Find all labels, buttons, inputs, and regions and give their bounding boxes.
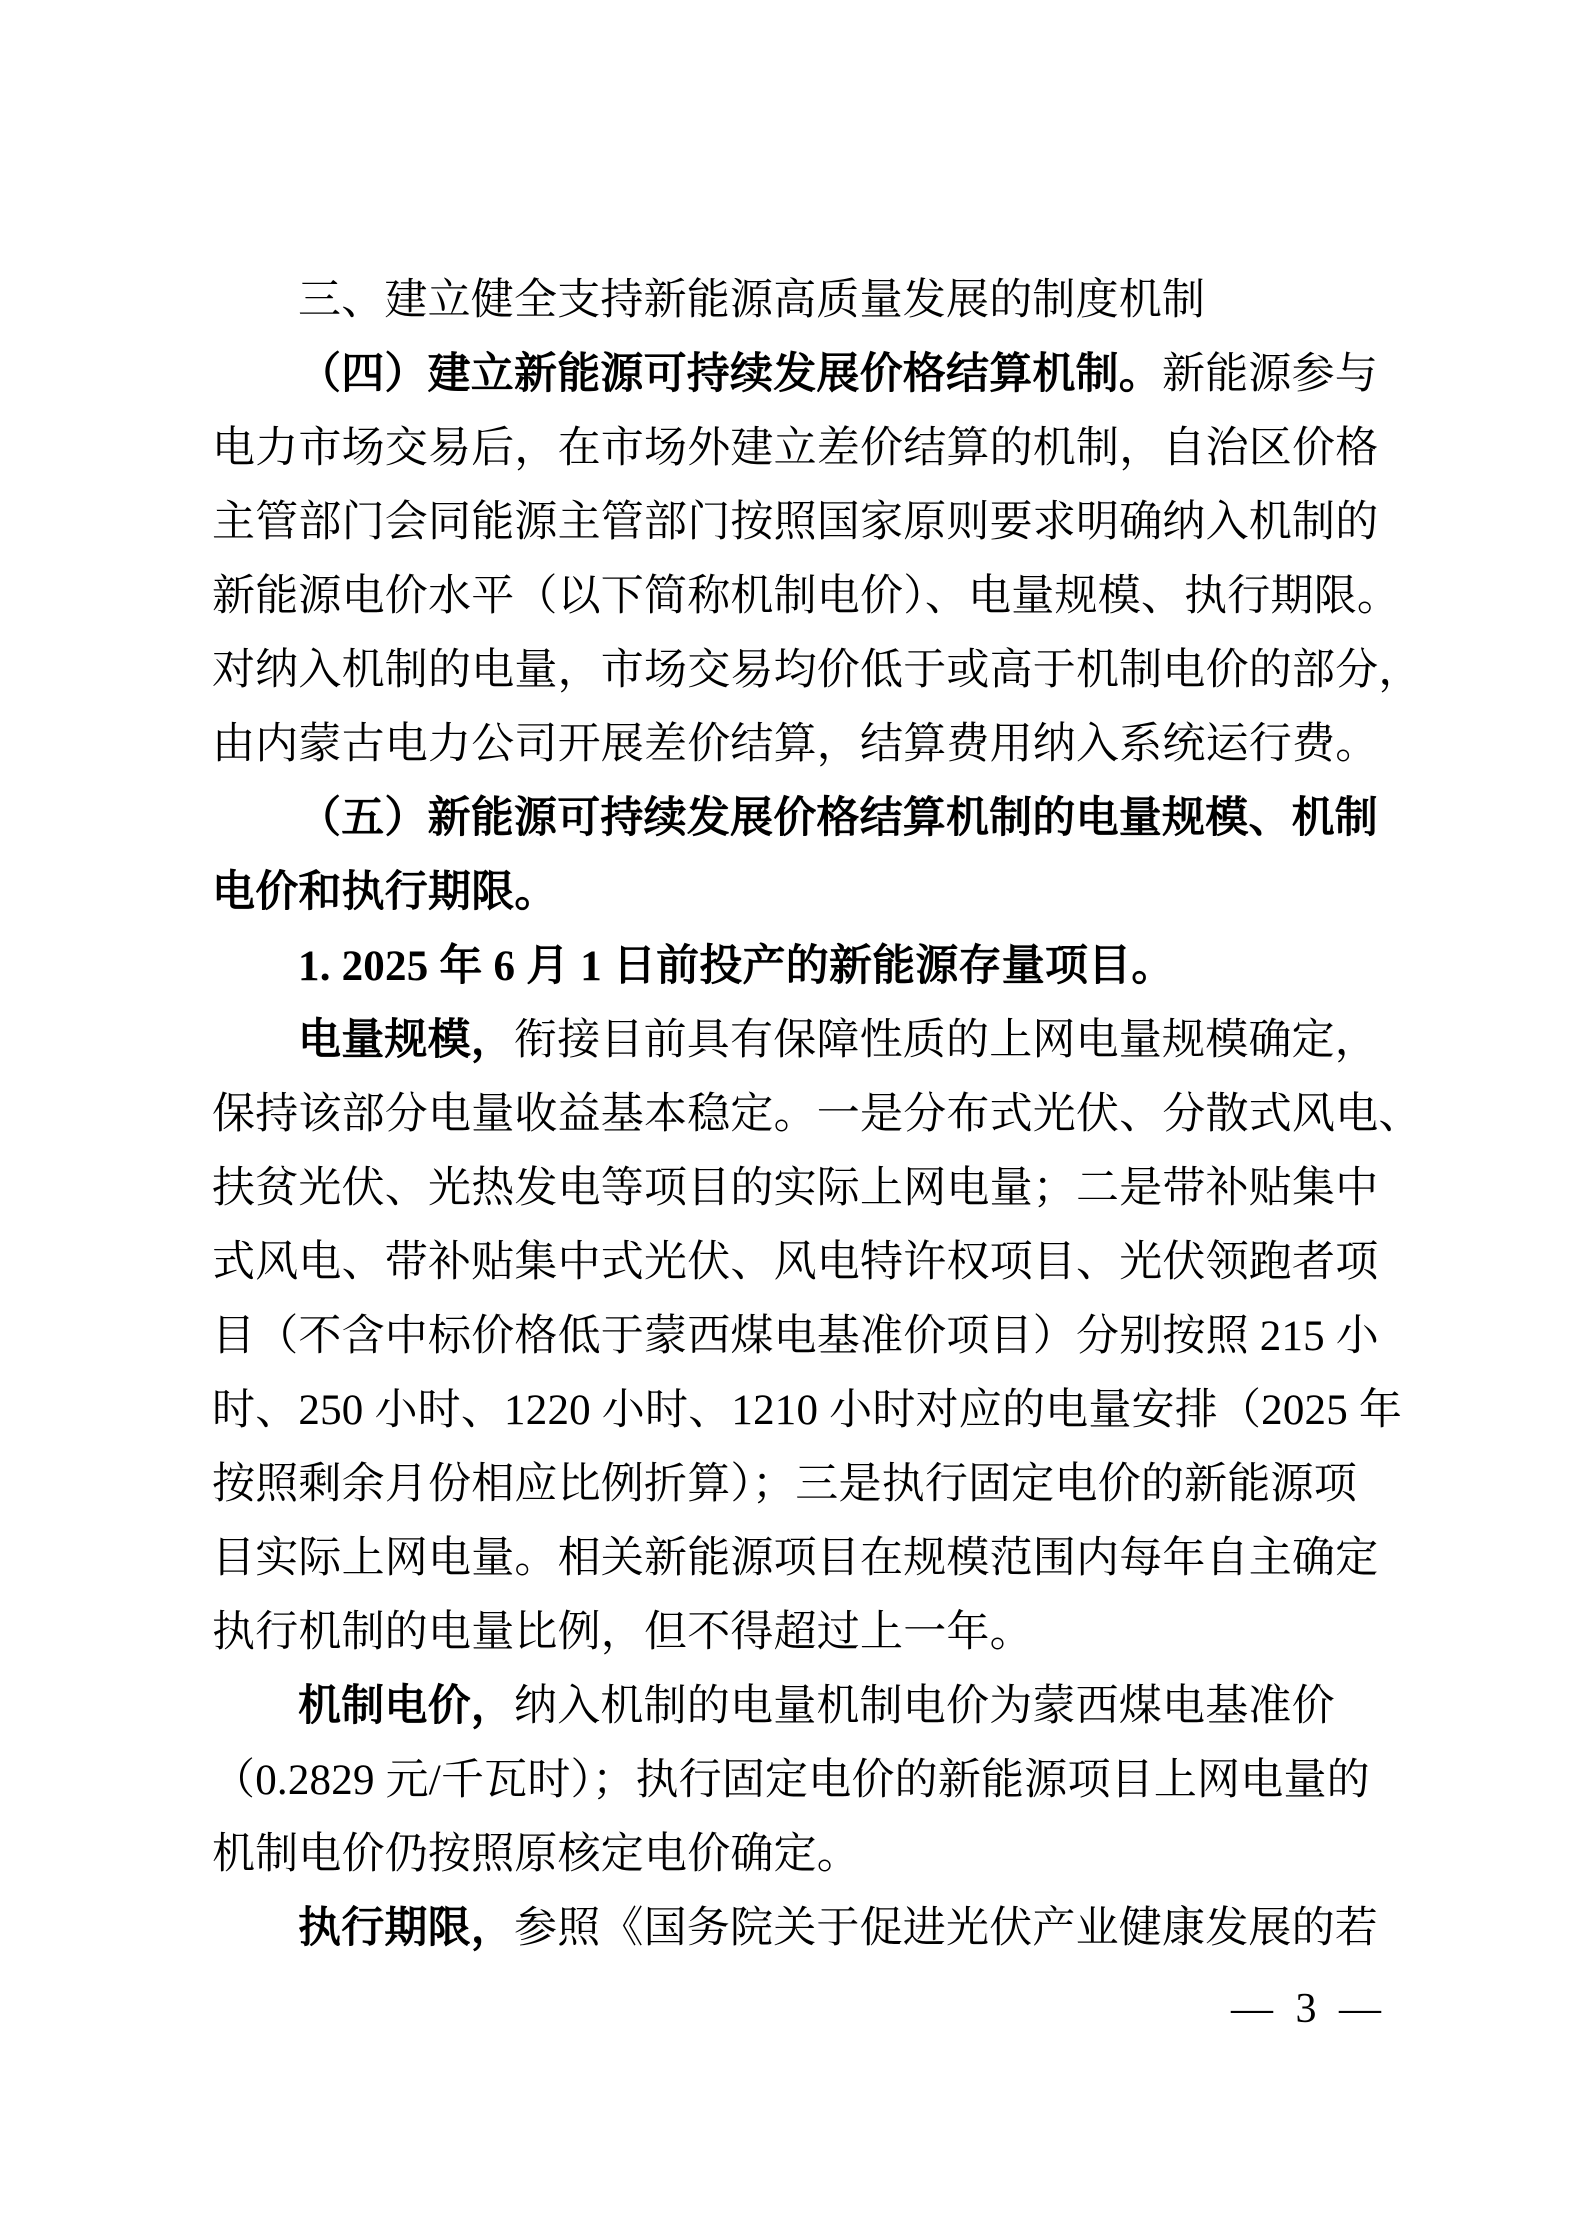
text-line: 执行机制的电量比例，但不得超过上一年。 <box>212 1596 1452 1670</box>
bold-text-run: （五）新能源可持续发展价格结算机制的电量规模、机制 <box>298 795 1378 842</box>
text-line: 式风电、带补贴集中式光伏、风电特许权项目、光伏领跑者项 <box>212 1226 1452 1300</box>
text-line: （0.2829 元/千瓦时）；执行固定电价的新能源项目上网电量的 <box>212 1744 1452 1818</box>
text-run: 衔接目前具有保障性质的上网电量规模确定， <box>514 1017 1378 1064</box>
text-line: 电力市场交易后，在市场外建立差价结算的机制，自治区价格 <box>212 412 1452 486</box>
text-line: 电量规模，衔接目前具有保障性质的上网电量规模确定， <box>212 1004 1452 1078</box>
text-run: 目（不含中标价格低于蒙西煤电基准价项目）分别按照 215 小 <box>212 1313 1379 1360</box>
text-run: 对纳入机制的电量，市场交易均价低于或高于机制电价的部分， <box>212 647 1422 694</box>
page-number: — 3 — <box>1231 1986 1382 2032</box>
text-line: 时、250 小时、1220 小时、1210 小时对应的电量安排（2025 年 <box>212 1374 1452 1448</box>
text-run: 由内蒙古电力公司开展差价结算，结算费用纳入系统运行费。 <box>212 721 1378 768</box>
bold-text-run: 机制电价， <box>298 1683 514 1730</box>
text-line: 主管部门会同能源主管部门按照国家原则要求明确纳入机制的 <box>212 486 1452 560</box>
text-line: （四）建立新能源可持续发展价格结算机制。新能源参与 <box>212 338 1452 412</box>
text-run: 执行机制的电量比例，但不得超过上一年。 <box>212 1609 1033 1656</box>
text-run: 电力市场交易后，在市场外建立差价结算的机制，自治区价格 <box>212 425 1378 472</box>
text-run: （0.2829 元/千瓦时）；执行固定电价的新能源项目上网电量的 <box>212 1757 1370 1804</box>
text-line: 由内蒙古电力公司开展差价结算，结算费用纳入系统运行费。 <box>212 708 1452 782</box>
document-body: 三、建立健全支持新能源高质量发展的制度机制（四）建立新能源可持续发展价格结算机制… <box>212 264 1452 1966</box>
bold-text-run: 电价和执行期限。 <box>212 869 558 916</box>
text-run: 式风电、带补贴集中式光伏、风电特许权项目、光伏领跑者项 <box>212 1239 1378 1286</box>
text-line: 1. 2025 年 6 月 1 日前投产的新能源存量项目。 <box>212 930 1452 1004</box>
text-line: 目（不含中标价格低于蒙西煤电基准价项目）分别按照 215 小 <box>212 1300 1452 1374</box>
text-line: 对纳入机制的电量，市场交易均价低于或高于机制电价的部分， <box>212 634 1452 708</box>
text-run: 三、建立健全支持新能源高质量发展的制度机制 <box>298 277 1205 324</box>
bold-text-run: 执行期限， <box>298 1905 514 1952</box>
text-run: 机制电价仍按照原核定电价确定。 <box>212 1831 860 1878</box>
text-run: 主管部门会同能源主管部门按照国家原则要求明确纳入机制的 <box>212 499 1378 546</box>
text-run: 纳入机制的电量机制电价为蒙西煤电基准价 <box>514 1683 1335 1730</box>
bold-text-run: 1. 2025 年 6 月 1 日前投产的新能源存量项目。 <box>298 943 1175 990</box>
document-page: 三、建立健全支持新能源高质量发展的制度机制（四）建立新能源可持续发展价格结算机制… <box>0 0 1580 2237</box>
text-run: 保持该部分电量收益基本稳定。一是分布式光伏、分散式风电、 <box>212 1091 1422 1138</box>
text-run: 新能源参与 <box>1162 351 1378 398</box>
text-line: 机制电价仍按照原核定电价确定。 <box>212 1818 1452 1892</box>
text-line: （五）新能源可持续发展价格结算机制的电量规模、机制 <box>212 782 1452 856</box>
text-line: 保持该部分电量收益基本稳定。一是分布式光伏、分散式风电、 <box>212 1078 1452 1152</box>
text-run: 目实际上网电量。相关新能源项目在规模范围内每年自主确定 <box>212 1535 1378 1582</box>
text-line: 按照剩余月份相应比例折算）；三是执行固定电价的新能源项 <box>212 1448 1452 1522</box>
text-run: 扶贫光伏、光热发电等项目的实际上网电量；二是带补贴集中 <box>212 1165 1378 1212</box>
bold-text-run: 电量规模， <box>298 1017 514 1064</box>
text-line: 电价和执行期限。 <box>212 856 1452 930</box>
text-run: 新能源电价水平（以下简称机制电价）、电量规模、执行期限。 <box>212 573 1400 620</box>
text-line: 目实际上网电量。相关新能源项目在规模范围内每年自主确定 <box>212 1522 1452 1596</box>
text-line: 执行期限，参照《国务院关于促进光伏产业健康发展的若 <box>212 1892 1452 1966</box>
bold-text-run: （四）建立新能源可持续发展价格结算机制。 <box>298 351 1162 398</box>
text-line: 三、建立健全支持新能源高质量发展的制度机制 <box>212 264 1452 338</box>
text-run: 参照《国务院关于促进光伏产业健康发展的若 <box>514 1905 1378 1952</box>
text-line: 机制电价，纳入机制的电量机制电价为蒙西煤电基准价 <box>212 1670 1452 1744</box>
text-run: 时、250 小时、1220 小时、1210 小时对应的电量安排（2025 年 <box>212 1387 1402 1434</box>
text-line: 新能源电价水平（以下简称机制电价）、电量规模、执行期限。 <box>212 560 1452 634</box>
text-line: 扶贫光伏、光热发电等项目的实际上网电量；二是带补贴集中 <box>212 1152 1452 1226</box>
text-run: 按照剩余月份相应比例折算）；三是执行固定电价的新能源项 <box>212 1461 1357 1508</box>
